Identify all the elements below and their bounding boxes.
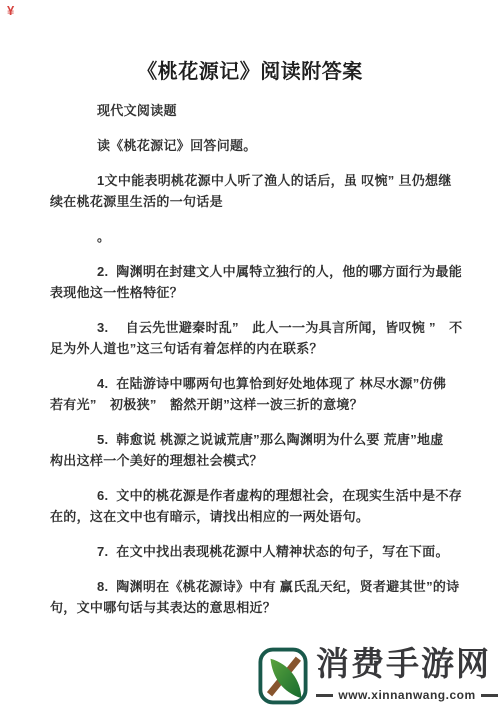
site-name: 消费手游网	[316, 644, 498, 684]
paragraph: 3. 自云先世避秦时乱” 此人一一为具言所闻，皆叹惋 ” 不足为外人道也”这三句…	[50, 317, 462, 359]
site-url: www.xinnanwang.com	[333, 688, 480, 702]
text-line: 构出这样一个美好的理想社会模式？	[50, 450, 462, 471]
paragraph: 8. 陶渊明在《桃花源诗》中有 赢氏乱天纪，贤者避其世”的诗句，文中哪句话与其表…	[50, 576, 462, 618]
text-line: 6. 文中的桃花源是作者虚构的理想社会，在现实生活中是不存	[50, 485, 462, 506]
site-url-row: www.xinnanwang.com	[316, 688, 498, 702]
page-title: 《桃花源记》阅读附答案	[0, 58, 500, 86]
watermark-text-block: 消费手游网 www.xinnanwang.com	[316, 644, 498, 702]
text-line: 3. 自云先世避秦时乱” 此人一一为具言所闻，皆叹惋 ” 不	[50, 317, 462, 338]
paragraph: 现代文阅读题	[50, 100, 462, 121]
text-line: 读《桃花源记》回答问题。	[50, 135, 462, 156]
text-line: 足为外人道也”这三句话有着怎样的内在联系？	[50, 338, 462, 359]
text-line: 续在桃花源里生活的一句话是	[50, 191, 462, 212]
text-line: 5. 韩愈说 桃源之说诚荒唐”那么陶渊明为什么要 荒唐”地虚	[50, 429, 462, 450]
paragraph: 1文中能表明桃花源中人听了渔人的话后，虽 叹惋” 旦仍想继续在桃花源里生活的一句…	[50, 170, 462, 212]
paragraph: 4. 在陆游诗中哪两句也算恰到好处地体现了 林尽水源”仿佛若有光” 初极狭” 豁…	[50, 373, 462, 415]
paragraph: 读《桃花源记》回答问题。	[50, 135, 462, 156]
right-rule	[481, 694, 498, 697]
leaf-branch-logo-icon	[258, 647, 308, 705]
document-page: 《桃花源记》阅读附答案 现代文阅读题读《桃花源记》回答问题。1文中能表明桃花源中…	[0, 0, 500, 618]
paragraph: 6. 文中的桃花源是作者虚构的理想社会，在现实生活中是不存在的，这在文中也有暗示…	[50, 485, 462, 527]
text-line: 表现他这一性格特征？	[50, 282, 462, 303]
text-line: 。	[50, 226, 462, 247]
text-line: 句，文中哪句话与其表达的意思相近？	[50, 597, 462, 618]
text-line: 1文中能表明桃花源中人听了渔人的话后，虽 叹惋” 旦仍想继	[50, 170, 462, 191]
site-watermark: 消费手游网 www.xinnanwang.com	[256, 644, 498, 708]
left-rule	[316, 694, 333, 697]
text-line: 4. 在陆游诗中哪两句也算恰到好处地体现了 林尽水源”仿佛	[50, 373, 462, 394]
paragraph: 5. 韩愈说 桃源之说诚荒唐”那么陶渊明为什么要 荒唐”地虚构出这样一个美好的理…	[50, 429, 462, 471]
text-line: 2. 陶渊明在封建文人中属特立独行的人，他的哪方面行为最能	[50, 261, 462, 282]
text-line: 在的，这在文中也有暗示，请找出相应的一两处语句。	[50, 506, 462, 527]
text-line: 现代文阅读题	[50, 100, 462, 121]
text-line: 7. 在文中找出表现桃花源中人精神状态的句子，写在下面。	[50, 541, 462, 562]
text-line: 若有光” 初极狭” 豁然开朗”这样一波三折的意境？	[50, 394, 462, 415]
document-body: 现代文阅读题读《桃花源记》回答问题。1文中能表明桃花源中人听了渔人的话后，虽 叹…	[0, 100, 500, 618]
text-line: 8. 陶渊明在《桃花源诗》中有 赢氏乱天纪，贤者避其世”的诗	[50, 576, 462, 597]
paragraph: 7. 在文中找出表现桃花源中人精神状态的句子，写在下面。	[50, 541, 462, 562]
paragraph: 2. 陶渊明在封建文人中属特立独行的人，他的哪方面行为最能表现他这一性格特征？	[50, 261, 462, 303]
paragraph: 。	[50, 226, 462, 247]
